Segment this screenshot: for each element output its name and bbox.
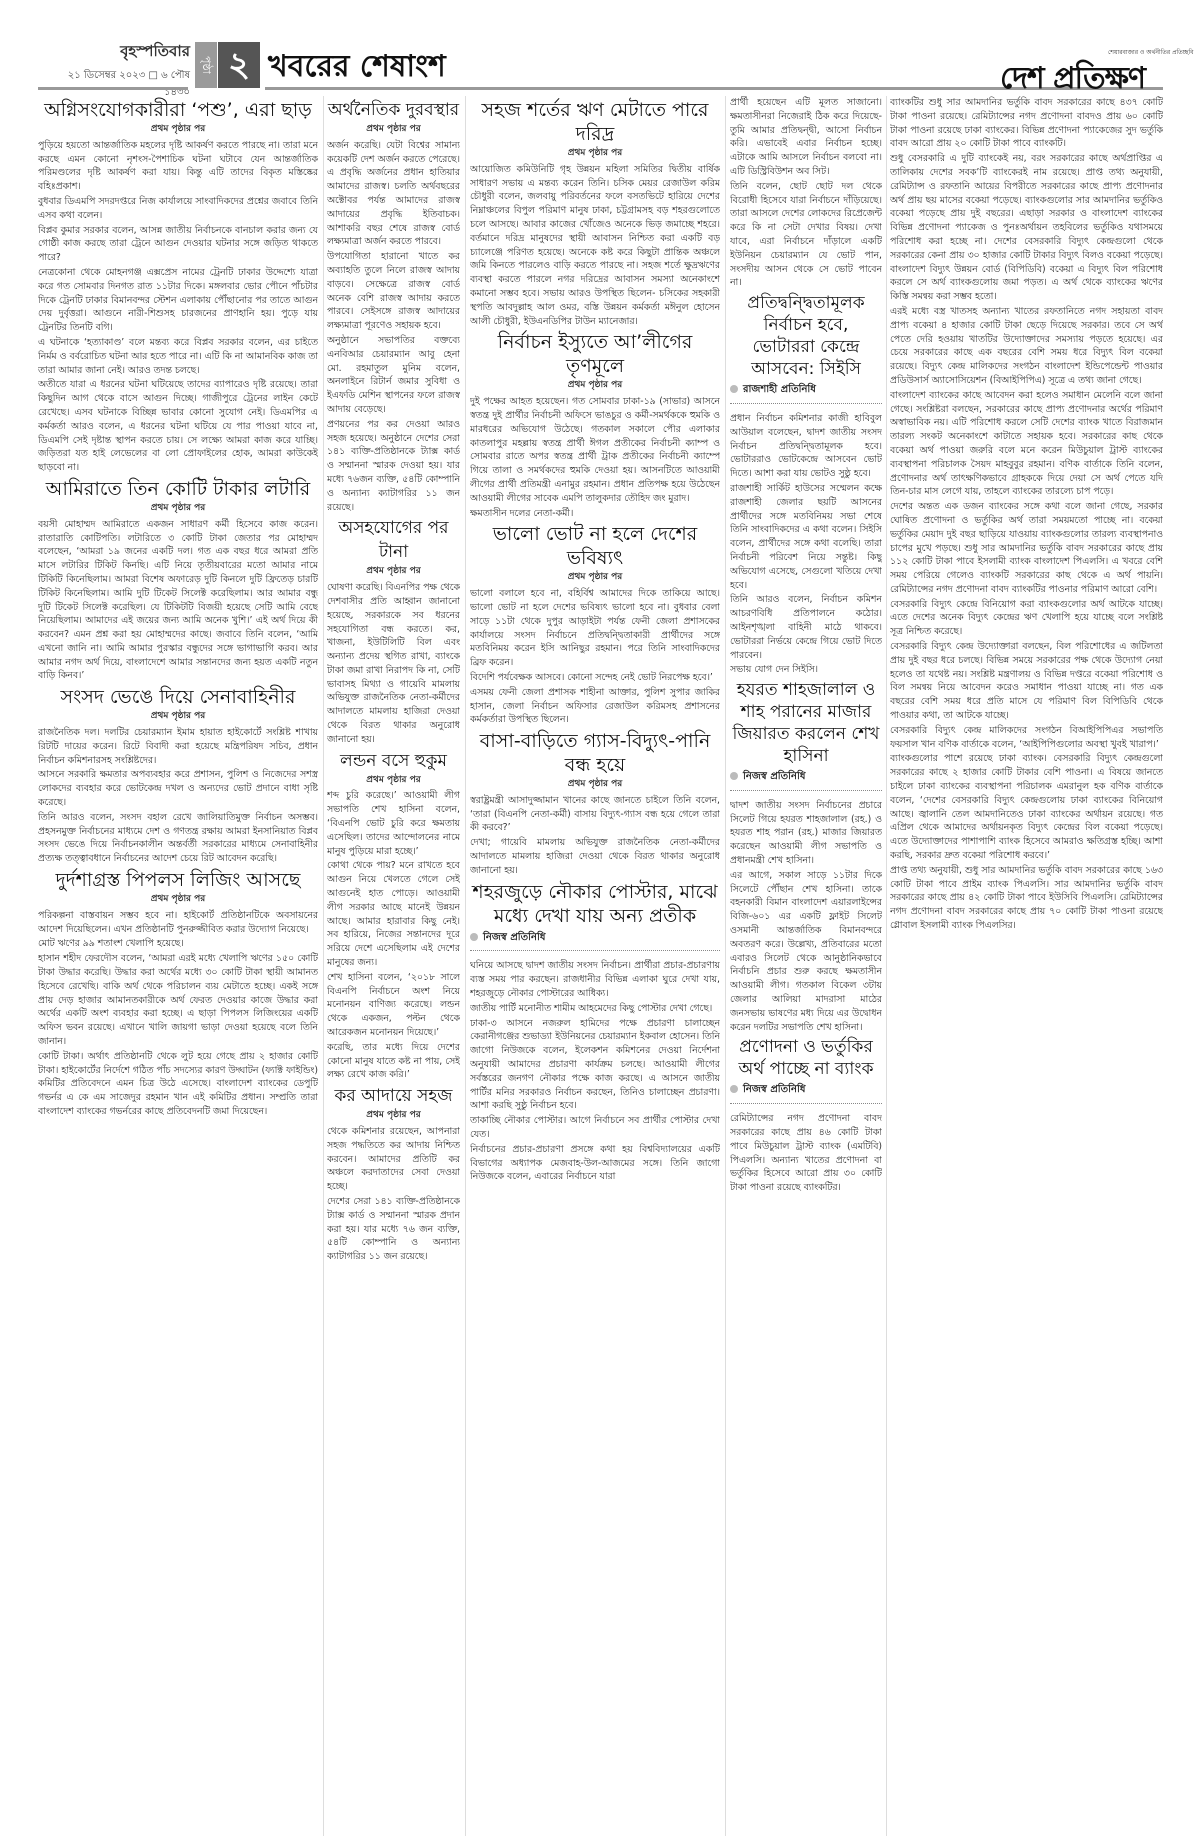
paragraph: স্বরাষ্ট্রমন্ত্রী আসাদুজ্জামান খানের কাছ… [470,794,720,835]
headline: অগ্নিসংযোগকারীরা ‘পশু’, এরা ছাড় [38,98,318,122]
dotted-divider [730,790,882,791]
paragraph: প্রার্থী হয়েছেন এটি মূলত সাজানো। ক্ষমতা… [730,96,882,179]
paragraph: মোট ঋণের ৯৯ শতাংশ খেলাপি হয়েছে। [38,937,318,951]
paragraph: এরই মধ্যে বস্ত্র খাতসহ অন্যান্য খাতের রফ… [890,305,1163,388]
paragraph: বিদেশি পর্যবেক্ষক আসবে। কোনো সন্দেহ নেই … [470,671,720,685]
paragraph: করেছি, তার মধ্যে দিয়ে দেশের কোনো মানুষ … [327,1041,460,1082]
paragraph: থেকে কমিশনার রয়েছেন, আপনারা সহজ পদ্ধতিত… [327,1125,460,1194]
dotted-divider [730,1103,882,1104]
paragraph: তিনি আরও বলেন, সংসদ বহাল রেখে জালিয়াতিম… [38,811,318,866]
article-good-vote: ভালো ভোট না হলে দেশের ভবিষ্যৎ প্রথম পৃষ্… [470,522,720,727]
byline: নিজস্ব প্রতিনিধি [730,770,882,784]
paragraph: ঘনিয়ে আসছে দ্বাদশ জাতীয় সংসদ নির্বাচন।… [470,959,720,1000]
paragraph: বেসরকারি বিদ্যুৎ কেন্দ্র মালিকদের সংগঠন … [890,724,1163,752]
paragraph: কোথা থেকে পায়? মনে রাখতে হবে আগুন নিয়ে… [327,859,460,969]
continued-label: প্রথম পৃষ্ঠার পর [470,571,720,585]
paragraph: ঢাকা-৩ আসনে নজরুল হামিদের পক্ষে প্রচারণা… [470,1017,720,1114]
article-tax: কর আদায়ে সহজ প্রথম পৃষ্ঠার পর থেকে কমিশ… [327,1084,460,1264]
paragraph: আসনে সরকারি ক্ষমতার অপব্যবহার করে প্রশাস… [38,768,318,809]
paragraph: অর্জন করেছি। যেটা বিশ্বের সামান্য কয়েকট… [327,139,460,249]
article-army: সংসদ ভেঙে দিয়ে সেনাবাহিনীর প্রথম পৃষ্ঠা… [38,685,318,866]
article-lottery: আমিরাতে তিন কোটি টাকার লটারি প্রথম পৃষ্ঠ… [38,477,318,683]
continued-label: প্রথম পৃষ্ঠার পর [327,774,460,788]
paragraph: হাসান শহীদ ফেরদৌস বলেন, ‘আমরা এরই মধ্যে … [38,952,318,1049]
paragraph: পুড়িয়ে হয়তো আন্তর্জাতিক মহলের দৃষ্টি … [38,139,318,194]
weekday: বৃহস্পতিবার [40,40,190,65]
article-shrine: হযরত শাহজালাল ও শাহ পরানের মাজার জিয়ারত… [730,679,882,1034]
headline: হযরত শাহজালাল ও শাহ পরানের মাজার জিয়ারত… [730,679,882,767]
header-rule-left [38,87,188,90]
continued-label: প্রথম পৃষ্ঠার পর [327,565,460,579]
bullet-icon [730,772,738,780]
continued-label: প্রথম পৃষ্ঠার পর [327,123,460,137]
paragraph: ঘোষণা করেছি। বিএনপির পক্ষ থেকে দেশবাসীর … [327,581,460,747]
paragraph: দ্বাদশ জাতীয় সংসদ নির্বাচনের প্রচারে সি… [730,799,882,868]
issue-date-block: বৃহস্পতিবার ২১ ডিসেম্বর ২০২৩ □ ৬ পৌষ ১৪৩… [40,40,190,102]
byline: নিজস্ব প্রতিনিধি [470,931,720,945]
continued-label: প্রথম পৃষ্ঠার পর [38,710,318,724]
paragraph: আয়োজিত কমিউনিটি গৃহ উন্নয়ন মহিলা সমিতি… [470,163,720,329]
column-divider [323,96,324,1836]
headline: শহরজুড়ে নৌকার পোস্টার, মাঝে মধ্যে দেখা … [470,880,720,928]
paragraph: উপযোগিতা হারানো খাতে কর অব্যাহতি তুলে নি… [327,250,460,333]
continued-label: প্রথম পৃষ্ঠার পর [38,893,318,907]
headline: বাসা-বাড়িতে গ্যাস-বিদ্যুৎ-পানি বন্ধ হয়… [470,729,720,777]
paragraph: বুধবার ডিএমপি সদরদপ্তরে নিজ কার্যালয়ে স… [38,195,318,223]
byline: নিজস্ব প্রতিনিধি [730,1083,882,1097]
paragraph: বেসরকারি বিদ্যুৎ কেন্দ্র উদ্যোক্তারা বলছ… [890,640,1163,723]
column-right: ব্যাংকটির শুধু সার আমদানির ভর্তুকি বাবদ … [890,96,1163,1836]
continued-label: প্রথম পৃষ্ঠার পর [38,502,318,516]
paragraph: বয়সী মোহাম্মদ আমিরাতে একজন সাধারণ কর্মী… [38,518,318,684]
column-divider [886,96,887,1836]
headline: ভালো ভোট না হলে দেশের ভবিষ্যৎ [470,522,720,570]
article-london: লন্ডন বসে হুকুম প্রথম পৃষ্ঠার পর শব্দ চু… [327,749,460,1083]
byline-text: নিজস্ব প্রতিনিধি [483,932,545,943]
paragraph: রাজনৈতিক দল। দলটির চেয়ারম্যান ইমাম হায়… [38,726,318,767]
continued-label: প্রথম পৃষ্ঠার পর [38,123,318,137]
column-divider [725,96,726,1836]
paragraph: এর আগে, সকাল সাড়ে ১১টার দিকে সিলেটে পৌঁ… [730,869,882,1035]
continued-label: প্রথম পৃষ্ঠার পর [470,778,720,792]
byline-text: রাজশাহী প্রতিনিধি [743,384,816,395]
paragraph: এ ঘটনাকে ‘হত্যাকাণ্ড’ বলে মন্তব্য করে বি… [38,336,318,377]
article-noncooperation: অসহযোগের পর টানা প্রথম পৃষ্ঠার পর ঘোষণা … [327,516,460,746]
paragraph: প্রাপ্ত তথ্য অনুযায়ী, শুধু সার আমদানির … [890,864,1163,933]
paragraph: বেসরকারি বিদ্যুৎ কেন্দ্রে বিনিয়োগ করা ব… [890,598,1163,639]
paragraph: অনুষ্ঠানে সভাপতির বক্তব্যে এনবিআর চেয়ার… [327,334,460,417]
paragraph: শেখ হাসিনা বলেন, ‘২০১৮ সালে বিএনপি নির্ব… [327,971,460,1040]
dotted-divider [470,950,720,951]
headline: নির্বাচন ইস্যুতে আ’লীগের তৃণমূলে [470,330,720,378]
paragraph: তাকাচ্ছি নৌকার পোস্টার। আগে নির্বাচনে সব… [470,1114,720,1142]
paragraph: নির্বাচনের প্রচার-প্রচারণা প্রসঙ্গে কথা … [470,1143,720,1184]
article-utilities: বাসা-বাড়িতে গ্যাস-বিদ্যুৎ-পানি বন্ধ হয়… [470,729,720,878]
paragraph: শব্দ চুরি করেছে।’ আওয়ামী লীগ সভাপতি শেখ… [327,789,460,858]
paragraph: ব্যাংকটির শুধু সার আমদানির ভর্তুকি বাবদ … [890,96,1163,151]
column-center-left: অর্থনৈতিক দুরবস্থার প্রথম পৃষ্ঠার পর অর্… [327,96,460,1836]
paragraph: রাজশাহী সার্কিট হাউসের সম্মেলন কক্ষে রাজ… [730,482,882,592]
headline: দুর্দশাগ্রস্ত পিপলস লিজিং আসছে [38,868,318,892]
column-center-right: প্রার্থী হয়েছেন এটি মূলত সাজানো। ক্ষমতা… [730,96,882,1836]
article-ec-rajshahi: প্রতিদ্বন্দ্বিতামূলক নির্বাচন হবে, ভোটার… [730,292,882,677]
paragraph: ক্ষমতাসীন দলের নেতা-কর্মী। [470,507,720,521]
continued-label: প্রথম পৃষ্ঠার পর [470,379,720,393]
bullet-icon [470,933,478,941]
paragraph: ব্যাংকগুলোর পাশে রয়েছে ঢাকা ব্যাংক। বেস… [890,752,1163,862]
paragraph: তিনি বলেন, ছোট ছোট দল থেকে বিরোধী হিসেবে… [730,180,882,290]
page-header: বৃহস্পতিবার ২১ ডিসেম্বর ২০২৩ □ ৬ পৌষ ১৪৩… [0,0,1200,90]
paragraph: দেখা; গায়েবি মামলায় অভিযুক্ত রাজনৈতিক … [470,836,720,877]
paragraph: দেশের অন্তত এক ডজন ব্যাংকের সঙ্গে কথা বল… [890,500,1163,597]
article-bank-incentives: প্রণোদনা ও ভর্তুকির অর্থ পাচ্ছে না ব্যাং… [730,1036,882,1195]
headline: সংসদ ভেঙে দিয়ে সেনাবাহিনীর [38,685,318,709]
article-boat-poster: শহরজুড়ে নৌকার পোস্টার, মাঝে মধ্যে দেখা … [470,880,720,1185]
paragraph: বাংলাদেশ ব্যাংকের কাছে আবেদন করা হলেও সম… [890,389,1163,499]
paragraph: দুই পক্ষের আহত হয়েছেন। গত সোমবার ঢাকা-১… [470,395,720,505]
column-divider [465,96,466,1836]
article-peoples-leasing: দুর্দশাগ্রস্ত পিপলস লিজিং আসছে প্রথম পৃষ… [38,868,318,1119]
section-title: খবরের শেষাংশ [268,42,446,93]
paragraph: পরিকল্পনা বাস্তবায়ন সম্ভব হবে না। হাইকো… [38,909,318,937]
headline: সহজ শর্তের ঋণ মেটাতে পারে দরিদ্র [470,98,720,146]
paragraph: অতীতে যারা এ ধরনের ঘটনা ঘটিয়েছে তাদের ব… [38,378,318,475]
paragraph: নেত্রকোনা থেকে মোহনগঞ্জ এক্সপ্রেস নামের … [38,266,318,335]
paragraph: রেমিট্যান্সের নগদ প্রণোদনা বাবদ সরকারের … [730,1112,882,1195]
headline: প্রণোদনা ও ভর্তুকির অর্থ পাচ্ছে না ব্যাং… [730,1036,882,1080]
byline: রাজশাহী প্রতিনিধি [730,383,882,397]
headline: লন্ডন বসে হুকুম [327,749,460,773]
page-number: ২ [218,42,260,88]
byline-text: নিজস্ব প্রতিনিধি [743,1084,805,1095]
paragraph: এসময় ফেনী জেলা প্রশাসক শাহীনা আক্তার, প… [470,686,720,727]
paragraph: প্রধান নির্বাচন কমিশনার কাজী হাবিবুল আউয… [730,412,882,481]
article-al-grassroots: নির্বাচন ইস্যুতে আ’লীগের তৃণমূলে প্রথম প… [470,330,720,520]
headline: অসহযোগের পর টানা [327,516,460,564]
headline: কর আদায়ে সহজ [327,1084,460,1108]
paragraph: সভায় যোগ দেন সিইসি। [730,663,882,677]
paragraph: ভালো বলালে হবে না, বহির্বিশ্ব আমাদের দিক… [470,587,720,670]
column-center: সহজ শর্তের ঋণ মেটাতে পারে দরিদ্র প্রথম প… [470,96,720,1836]
continued-label: প্রথম পৃষ্ঠার পর [327,1109,460,1123]
paragraph: প্রণয়নের পর কর দেওয়া আরও সহজ হয়েছে। অ… [327,418,460,515]
headline: প্রতিদ্বন্দ্বিতামূলক নির্বাচন হবে, ভোটার… [730,292,882,380]
headline: আমিরাতে তিন কোটি টাকার লটারি [38,477,318,501]
byline-text: নিজস্ব প্রতিনিধি [743,771,805,782]
bullet-icon [730,385,738,393]
article-arson: অগ্নিসংযোগকারীরা ‘পশু’, এরা ছাড় প্রথম প… [38,98,318,475]
dotted-divider [730,403,882,404]
page-label: পৃষ্ঠা [195,42,217,88]
article-loan: সহজ শর্তের ঋণ মেটাতে পারে দরিদ্র প্রথম প… [470,98,720,328]
paragraph: বিপ্লব কুমার সরকার বলেন, আসন্ন জাতীয় নি… [38,224,318,265]
paragraph: দেশের সেরা ১৪১ ব্যক্তি-প্রতিষ্ঠানকে ট্যা… [327,1195,460,1264]
paragraph: তিনি আরও বলেন, নির্বাচন কমিশন আচরণবিধি প… [730,593,882,662]
column-left: অগ্নিসংযোগকারীরা ‘পশু’, এরা ছাড় প্রথম প… [38,96,318,1836]
paragraph: জাতীয় পার্টি মনোনীত শামীম আহমেদের কিছু … [470,1002,720,1016]
headline: অর্থনৈতিক দুরবস্থার [327,98,460,122]
paragraph: শুধু বেসরকারি এ দুটি ব্যাংকেই নয়, বরং স… [890,152,1163,304]
bullet-icon [730,1085,738,1093]
article-economy: অর্থনৈতিক দুরবস্থার প্রথম পৃষ্ঠার পর অর্… [327,98,460,514]
continued-label: প্রথম পৃষ্ঠার পর [470,147,720,161]
paragraph: কোটি টাকা। অর্থাৎ প্রতিষ্ঠানটি থেকে লুট … [38,1050,318,1119]
